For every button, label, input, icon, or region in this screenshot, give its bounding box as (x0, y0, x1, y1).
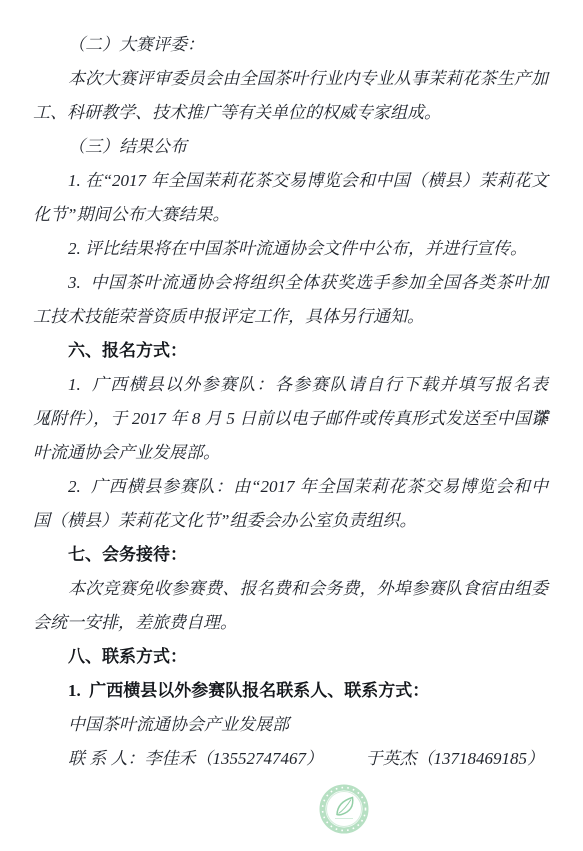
document-line: （二）大赛评委： (33, 28, 548, 62)
document-line: 叶流通协会产业发展部。 (33, 436, 548, 470)
document-line: 国（横县）茉莉花文化节”组委会办公室负责组织。 (33, 504, 548, 538)
document-line: 化节”期间公布大赛结果。 (33, 198, 548, 232)
document-line: 2. 广西横县参赛队：由“2017 年全国茉莉花茶交易博览会和中 (33, 470, 548, 504)
document-line: 工、科研教学、技术推广等有关单位的权威专家组成。 (33, 96, 548, 130)
document-line: 1. 广西横县以外参赛队报名联系人、联系方式： (33, 674, 548, 708)
document-page: （二）大赛评委：本次大赛评审委员会由全国茶叶行业内专业从事茉莉花茶生产加工、科研… (0, 0, 583, 851)
leaf-seal-watermark (318, 784, 370, 836)
document-line: 见附件），于 2017 年 8 月 5 日前以电子邮件或传真形式发送至中国茶 (33, 402, 548, 436)
document-line: 六、报名方式： (33, 334, 548, 368)
document-line: 2. 评比结果将在中国茶叶流通协会文件中公布，并进行宣传。 (33, 232, 548, 266)
document-line: 3. 中国茶叶流通协会将组织全体获奖选手参加全国各类茶叶加 (33, 266, 548, 300)
document-line: 七、会务接待： (33, 538, 548, 572)
document-line: 工技术技能荣誉资质申报评定工作，具体另行通知。 (33, 300, 548, 334)
document-line: 1. 在“2017 年全国茉莉花茶交易博览会和中国（横县）茉莉花文 (33, 164, 548, 198)
document-line: 本次竞赛免收参赛费、报名费和会务费，外埠参赛队食宿由组委 (33, 572, 548, 606)
document-body: （二）大赛评委：本次大赛评审委员会由全国茶叶行业内专业从事茉莉花茶生产加工、科研… (33, 28, 548, 776)
document-line: 八、联系方式： (33, 640, 548, 674)
document-line: （三）结果公布 (33, 130, 548, 164)
document-line: 本次大赛评审委员会由全国茶叶行业内专业从事茉莉花茶生产加 (33, 62, 548, 96)
document-line: 1. 广西横县以外参赛队：各参赛队请自行下载并填写报名表（详 (33, 368, 548, 402)
document-line: 联 系 人：李佳禾（13552747467） 于英杰（13718469185） (33, 742, 548, 776)
document-line: 会统一安排，差旅费自理。 (33, 606, 548, 640)
document-line: 中国茶叶流通协会产业发展部 (33, 708, 548, 742)
